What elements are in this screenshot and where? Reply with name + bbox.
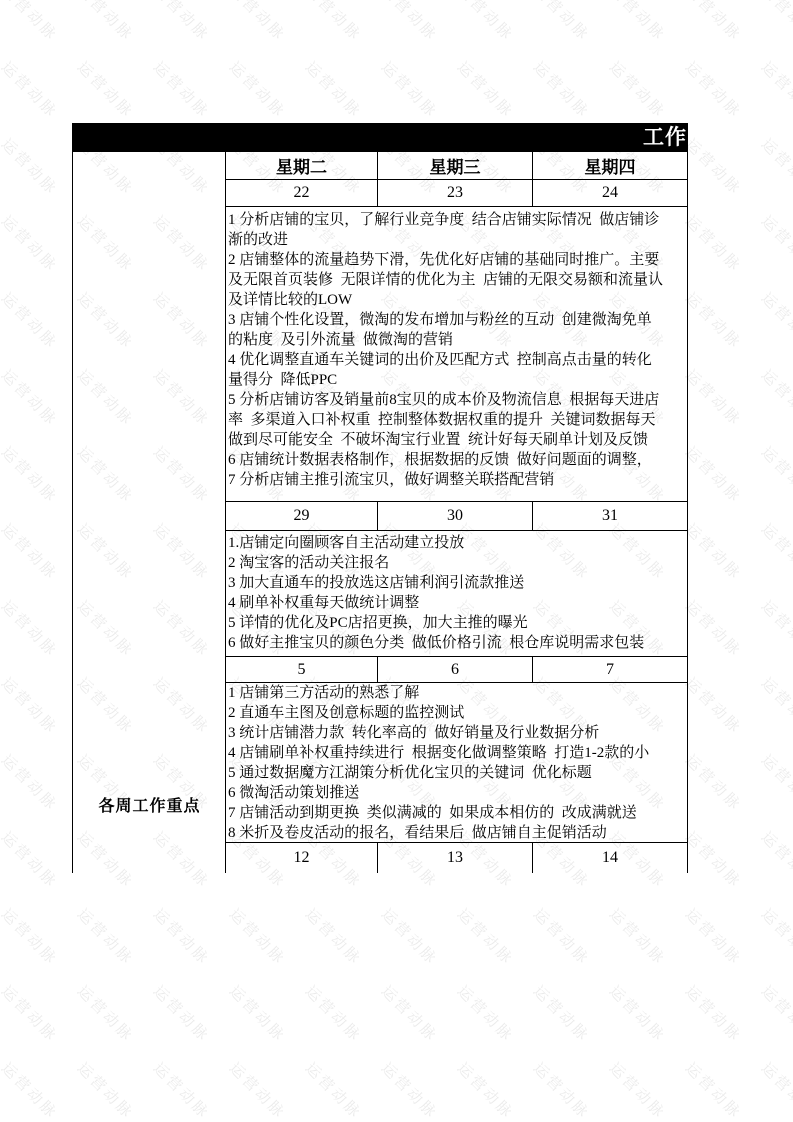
watermark-text: 运营动脉: [73, 57, 139, 123]
watermark-text: 运营动脉: [681, 519, 747, 585]
watermark-text: 运营动脉: [0, 750, 63, 816]
note-line: 率 多渠道入口补权重 控制整体数据权重的提升 关键词数据每天: [226, 410, 687, 430]
watermark-text: 运营动脉: [225, 0, 291, 45]
note-line: 渐的改进: [226, 230, 687, 250]
date-row: 5 6 7: [226, 657, 687, 683]
watermark-text: 运营动脉: [605, 57, 671, 123]
watermark-text: 运营动脉: [757, 827, 793, 893]
date-cell: 7: [533, 657, 687, 682]
watermark-text: 运营动脉: [757, 1058, 793, 1122]
worksheet-table: 工作 各周工作重点 星期二 星期三 星期四 22 23 24 1 分析店铺的宝贝…: [72, 123, 688, 873]
watermark-text: 运营动脉: [225, 57, 291, 123]
watermark-text: 运营动脉: [757, 750, 793, 816]
note-line: 2 直通车主图及创意标题的监控测试: [226, 703, 687, 723]
watermark-text: 运营动脉: [757, 442, 793, 508]
watermark-text: 运营动脉: [681, 365, 747, 431]
date-cell: 6: [378, 657, 533, 682]
watermark-text: 运营动脉: [0, 904, 63, 970]
watermark-text: 运营动脉: [757, 57, 793, 123]
watermark-text: 运营动脉: [757, 365, 793, 431]
watermark-text: 运营动脉: [0, 519, 63, 585]
date-row: 29 30 31: [226, 502, 687, 531]
note-line: 的粘度 及引外流量 做微淘的营销: [226, 330, 687, 350]
watermark-text: 运营动脉: [149, 904, 215, 970]
watermark-text: 运营动脉: [225, 981, 291, 1047]
note-line: 及无限首页装修 无限详情的优化为主 店铺的无限交易额和流量认: [226, 270, 687, 290]
note-line: 5 分析店铺访客及销量前8宝贝的成本价及物流信息 根据每天进店: [226, 390, 687, 410]
week-notes-row: 1 店铺第三方活动的熟悉了解 2 直通车主图及创意标题的监控测试 3 统计店铺潜…: [226, 683, 687, 843]
watermark-text: 运营动脉: [0, 0, 63, 45]
date-row: 22 23 24: [226, 180, 687, 207]
watermark-text: 运营动脉: [377, 57, 443, 123]
date-cell: 30: [378, 502, 533, 530]
watermark-text: 运营动脉: [301, 904, 367, 970]
watermark-text: 运营动脉: [681, 211, 747, 277]
watermark-text: 运营动脉: [529, 904, 595, 970]
watermark-text: 运营动脉: [73, 0, 139, 45]
note-line: 4 优化调整直通车关键词的出价及匹配方式 控制高点击量的转化: [226, 350, 687, 370]
date-cell: 23: [378, 180, 533, 206]
watermark-text: 运营动脉: [225, 904, 291, 970]
row-header-cell: 各周工作重点: [72, 152, 225, 873]
watermark-text: 运营动脉: [529, 57, 595, 123]
note-line: 6 微淘活动策划推送: [226, 783, 687, 803]
date-cell: 24: [533, 180, 687, 206]
watermark-text: 运营动脉: [453, 57, 519, 123]
watermark-text: 运营动脉: [73, 981, 139, 1047]
note-line: 2 淘宝客的活动关注报名: [226, 553, 687, 573]
date-cell: 29: [226, 502, 378, 530]
watermark-text: 运营动脉: [377, 981, 443, 1047]
watermark-text: 运营动脉: [529, 0, 595, 45]
watermark-text: 运营动脉: [149, 1058, 215, 1122]
watermark-text: 运营动脉: [757, 596, 793, 662]
note-line: 6 店铺统计数据表格制作，根据数据的反馈 做好问题面的调整，: [226, 450, 687, 470]
watermark-text: 运营动脉: [0, 365, 63, 431]
watermark-text: 运营动脉: [757, 904, 793, 970]
note-line: 5 通过数据魔方江湖策分析优化宝贝的关键词 优化标题: [226, 763, 687, 783]
note-line: 8 米折及卷皮活动的报名，看结果后 做店铺自主促销活动: [226, 823, 687, 843]
watermark-text: 运营动脉: [529, 981, 595, 1047]
date-cell: 31: [533, 502, 687, 530]
note-line: 3 统计店铺潜力款 转化率高的 做好销量及行业数据分析: [226, 723, 687, 743]
watermark-text: 运营动脉: [681, 673, 747, 739]
date-cell: 13: [378, 843, 533, 873]
watermark-text: 运营动脉: [605, 904, 671, 970]
watermark-text: 运营动脉: [757, 0, 793, 45]
watermark-text: 运营动脉: [529, 1058, 595, 1122]
watermark-text: 运营动脉: [0, 442, 63, 508]
watermark-text: 运营动脉: [0, 288, 63, 354]
watermark-text: 运营动脉: [681, 904, 747, 970]
watermark-text: 运营动脉: [149, 57, 215, 123]
watermark-text: 运营动脉: [605, 981, 671, 1047]
watermark-text: 运营动脉: [149, 981, 215, 1047]
watermark-text: 运营动脉: [225, 1058, 291, 1122]
watermark-text: 运营动脉: [377, 1058, 443, 1122]
watermark-text: 运营动脉: [681, 1058, 747, 1122]
note-line: 5 详情的优化及PC店招更换，加大主推的曝光: [226, 613, 687, 633]
note-line: 1 分析店铺的宝贝，了解行业竞争度 结合店铺实际情况 做店铺诊: [226, 210, 687, 230]
watermark-text: 运营动脉: [681, 596, 747, 662]
watermark-text: 运营动脉: [0, 211, 63, 277]
day-header-thursday: 星期四: [533, 152, 687, 179]
note-line: 量得分 降低PPC: [226, 370, 687, 390]
date-row: 12 13 14: [226, 843, 687, 873]
watermark-text: 运营动脉: [757, 134, 793, 200]
note-line: 4 店铺刷单补权重持续进行 根据变化做调整策略 打造1-2款的小: [226, 743, 687, 763]
watermark-text: 运营动脉: [377, 0, 443, 45]
schedule-grid: 星期二 星期三 星期四 22 23 24 1 分析店铺的宝贝，了解行业竞争度 结…: [225, 152, 688, 873]
watermark-text: 运营动脉: [453, 904, 519, 970]
date-cell: 12: [226, 843, 378, 873]
day-header-wednesday: 星期三: [378, 152, 533, 179]
row-header-label: 各周工作重点: [73, 793, 226, 816]
watermark-text: 运营动脉: [605, 1058, 671, 1122]
watermark-text: 运营动脉: [681, 442, 747, 508]
week-notes-row: 1.店铺定向圈顾客自主活动建立投放 2 淘宝客的活动关注报名 3 加大直通车的投…: [226, 531, 687, 657]
date-cell: 14: [533, 843, 687, 873]
watermark-text: 运营动脉: [0, 596, 63, 662]
watermark-text: 运营动脉: [757, 673, 793, 739]
watermark-text: 运营动脉: [301, 1058, 367, 1122]
watermark-text: 运营动脉: [453, 981, 519, 1047]
watermark-text: 运营动脉: [73, 904, 139, 970]
watermark-text: 运营动脉: [681, 57, 747, 123]
note-line: 1 店铺第三方活动的熟悉了解: [226, 683, 687, 703]
watermark-text: 运营动脉: [149, 0, 215, 45]
watermark-text: 运营动脉: [605, 0, 671, 45]
watermark-text: 运营动脉: [757, 981, 793, 1047]
note-line: 7 分析店铺主推引流宝贝，做好调整关联搭配营销: [226, 470, 687, 490]
table-title-bar: 工作: [72, 123, 688, 152]
watermark-text: 运营动脉: [377, 904, 443, 970]
watermark-text: 运营动脉: [0, 57, 63, 123]
note-line: 及详情比较的LOW: [226, 290, 687, 310]
watermark-text: 运营动脉: [0, 827, 63, 893]
watermark-text: 运营动脉: [0, 673, 63, 739]
date-cell: 5: [226, 657, 378, 682]
watermark-text: 运营动脉: [681, 827, 747, 893]
note-line: 4 刷单补权重每天做统计调整: [226, 593, 687, 613]
date-cell: 22: [226, 180, 378, 206]
watermark-text: 运营动脉: [301, 0, 367, 45]
watermark-text: 运营动脉: [0, 981, 63, 1047]
watermark-text: 运营动脉: [757, 288, 793, 354]
watermark-text: 运营动脉: [0, 134, 63, 200]
watermark-text: 运营动脉: [681, 981, 747, 1047]
watermark-text: 运营动脉: [681, 750, 747, 816]
watermark-text: 运营动脉: [681, 288, 747, 354]
note-line: 3 店铺个性化设置，微淘的发布增加与粉丝的互动 创建微淘免单: [226, 310, 687, 330]
watermark-text: 运营动脉: [757, 519, 793, 585]
day-header-tuesday: 星期二: [226, 152, 378, 179]
watermark-text: 运营动脉: [73, 1058, 139, 1122]
watermark-text: 运营动脉: [0, 1058, 63, 1122]
watermark-text: 运营动脉: [453, 0, 519, 45]
table-title: 工作: [643, 125, 687, 149]
note-line: 2 店铺整体的流量趋势下滑，先优化好店铺的基础同时推广。主要: [226, 250, 687, 270]
note-line: 6 做好主推宝贝的颜色分类 做低价格引流 根仓库说明需求包装: [226, 633, 687, 653]
watermark-text: 运营动脉: [301, 57, 367, 123]
watermark-text: 运营动脉: [757, 211, 793, 277]
watermark-text: 运营动脉: [301, 981, 367, 1047]
watermark-text: 运营动脉: [681, 134, 747, 200]
note-line: 7 店铺活动到期更换 类似满减的 如果成本相仿的 改成满就送: [226, 803, 687, 823]
watermark-text: 运营动脉: [453, 1058, 519, 1122]
note-line: 做到尽可能安全 不破坏淘宝行业置 统计好每天刷单计划及反馈: [226, 430, 687, 450]
week-notes-row: 1 分析店铺的宝贝，了解行业竞争度 结合店铺实际情况 做店铺诊 渐的改进 2 店…: [226, 207, 687, 502]
watermark-text: 运营动脉: [681, 0, 747, 45]
note-line: 1.店铺定向圈顾客自主活动建立投放: [226, 533, 687, 553]
day-header-row: 星期二 星期三 星期四: [226, 152, 687, 180]
note-line: 3 加大直通车的投放选这店铺利润引流款推送: [226, 573, 687, 593]
